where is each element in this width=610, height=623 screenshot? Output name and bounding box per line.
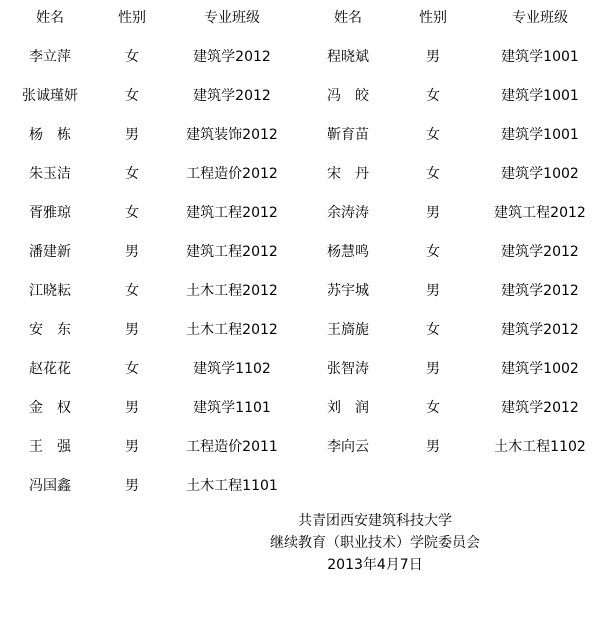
student-gender: 男 [92,320,172,340]
student-gender: 男 [393,359,473,379]
student-gender: 男 [393,47,473,67]
student-gender: 男 [393,437,473,457]
student-gender: 女 [393,320,473,340]
student-gender: 男 [92,242,172,262]
student-class: 土木工程1102 [470,437,610,457]
student-class: 建筑学1102 [162,359,302,379]
table-row: 张诚瑾妍 女 建筑学2012 冯 皎 女 建筑学1001 [0,86,610,106]
student-name: 冯 皎 [298,86,398,106]
student-name: 李向云 [298,437,398,457]
student-name: 杨慧鸣 [298,242,398,262]
table-row: 潘建新 男 建筑工程2012 杨慧鸣 女 建筑学2012 [0,242,610,262]
student-class: 土木工程2012 [162,281,302,301]
student-class: 建筑学1001 [470,125,610,145]
table-row: 冯国鑫 男 土木工程1101 [0,476,610,496]
issue-date: 2013年4月7日 [240,554,510,576]
student-name: 靳育苗 [298,125,398,145]
student-class: 建筑学2012 [162,47,302,67]
table-row: 李立萍 女 建筑学2012 程晓斌 男 建筑学1001 [0,47,610,67]
student-name: 赵花花 [0,359,100,379]
student-gender: 女 [393,242,473,262]
student-name: 胥雅琼 [0,203,100,223]
student-class: 建筑装饰2012 [162,125,302,145]
student-name: 冯国鑫 [0,476,100,496]
student-name: 刘 润 [298,398,398,418]
signature-block: 共青团西安建筑科技大学 继续教育（职业技术）学院委员会 2013年4月7日 [240,510,510,576]
student-class: 建筑工程2012 [162,242,302,262]
student-class: 建筑学1001 [470,47,610,67]
student-name: 程晓斌 [298,47,398,67]
student-name: 江晓耘 [0,281,100,301]
student-gender: 男 [393,203,473,223]
student-name: 杨 栋 [0,125,100,145]
header-gender-2: 性别 [393,8,473,28]
header-class-2: 专业班级 [470,8,610,28]
student-gender: 男 [92,476,172,496]
student-class: 建筑学2012 [470,320,610,340]
student-class: 工程造价2012 [162,164,302,184]
student-name: 金 权 [0,398,100,418]
header-class-1: 专业班级 [162,8,302,28]
student-gender: 女 [92,47,172,67]
student-class: 建筑工程2012 [162,203,302,223]
student-class: 土木工程2012 [162,320,302,340]
student-gender: 男 [92,437,172,457]
student-gender: 女 [92,203,172,223]
student-gender: 女 [393,398,473,418]
header-gender-1: 性别 [92,8,172,28]
organization-name: 共青团西安建筑科技大学 [240,510,510,532]
student-class: 建筑学1101 [162,398,302,418]
committee-name: 继续教育（职业技术）学院委员会 [240,532,510,554]
student-gender: 女 [393,125,473,145]
student-class: 建筑学2012 [470,281,610,301]
student-class: 建筑学2012 [470,398,610,418]
student-name: 王 强 [0,437,100,457]
student-gender: 女 [92,281,172,301]
student-name: 安 东 [0,320,100,340]
student-gender: 男 [92,125,172,145]
table-row: 安 东 男 土木工程2012 王旖旎 女 建筑学2012 [0,320,610,340]
table-row: 赵花花 女 建筑学1102 张智涛 男 建筑学1002 [0,359,610,379]
student-gender: 女 [92,164,172,184]
table-header-row: 姓名 性别 专业班级 姓名 性别 专业班级 [0,8,610,28]
student-class: 建筑工程2012 [470,203,610,223]
table-row: 王 强 男 工程造价2011 李向云 男 土木工程1102 [0,437,610,457]
table-row: 杨 栋 男 建筑装饰2012 靳育苗 女 建筑学1001 [0,125,610,145]
student-class: 建筑学1001 [470,86,610,106]
student-name: 王旖旎 [298,320,398,340]
student-name: 李立萍 [0,47,100,67]
student-name: 宋 丹 [298,164,398,184]
student-class: 建筑学1002 [470,164,610,184]
student-class: 建筑学2012 [162,86,302,106]
student-gender: 女 [393,86,473,106]
header-name-1: 姓名 [0,8,100,28]
student-class: 工程造价2011 [162,437,302,457]
student-name: 张智涛 [298,359,398,379]
table-row: 江晓耘 女 土木工程2012 苏宇城 男 建筑学2012 [0,281,610,301]
student-class: 土木工程1101 [162,476,302,496]
student-name: 余涛涛 [298,203,398,223]
student-gender: 女 [92,86,172,106]
header-name-2: 姓名 [298,8,398,28]
table-row: 胥雅琼 女 建筑工程2012 余涛涛 男 建筑工程2012 [0,203,610,223]
table-row: 金 权 男 建筑学1101 刘 润 女 建筑学2012 [0,398,610,418]
student-class: 建筑学2012 [470,242,610,262]
student-name: 朱玉洁 [0,164,100,184]
student-gender: 女 [393,164,473,184]
student-class: 建筑学1002 [470,359,610,379]
student-gender: 男 [92,398,172,418]
student-gender: 男 [393,281,473,301]
student-name: 苏宇城 [298,281,398,301]
student-name: 张诚瑾妍 [0,86,100,106]
table-row: 朱玉洁 女 工程造价2012 宋 丹 女 建筑学1002 [0,164,610,184]
student-name: 潘建新 [0,242,100,262]
student-gender: 女 [92,359,172,379]
